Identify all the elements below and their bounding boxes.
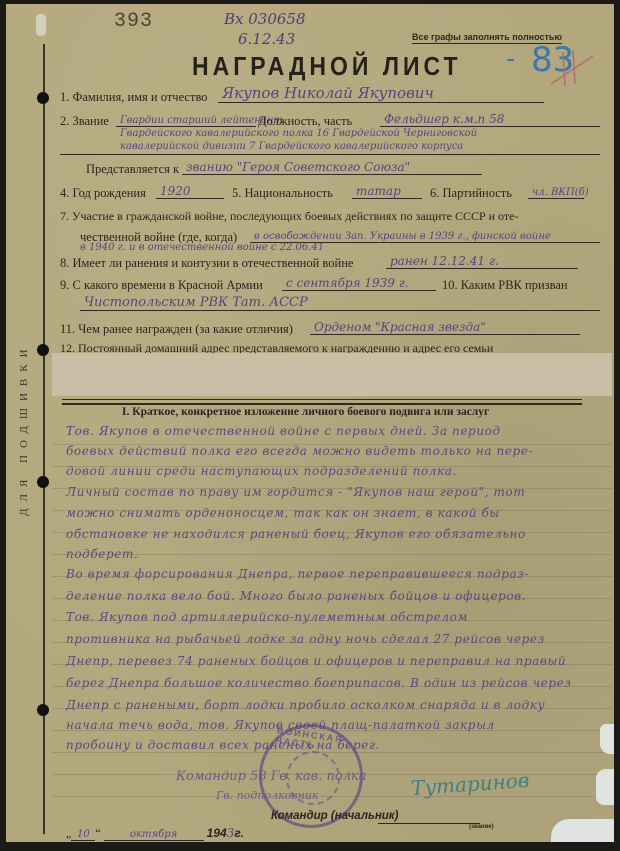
field-1-value: Якупов Николай Якупович xyxy=(218,88,544,103)
field-2-position-label: Должность, часть xyxy=(258,114,352,129)
field-9-label: 9. С какого времени в Красной Армии xyxy=(60,278,263,293)
divider-line xyxy=(62,403,582,405)
date-day: 10 xyxy=(71,829,95,841)
commander-rank: Гв. подполковник xyxy=(216,789,319,802)
field-7-value: в освобождении Зап. Украины в 1939 г., ф… xyxy=(250,228,600,243)
signature-line xyxy=(378,823,480,824)
narrative-line: подберет. xyxy=(66,547,138,561)
field-10-label: 10. Каким РВК призван xyxy=(442,278,568,293)
incoming-date: 6.12.43 xyxy=(238,30,295,48)
narrative-line: деление полка вело бой. Много было ранен… xyxy=(66,589,526,603)
commander-unit: Командир 58 Гв. кав. полка xyxy=(176,769,367,784)
incoming-reference: Вх 030658 xyxy=(224,10,306,28)
field-1-label: 1. Фамилия, имя и отчество xyxy=(60,90,208,105)
award-sheet: ДЛЯ ПОДШИВКИ 393 Вх 030658 6.12.43 Все г… xyxy=(6,4,614,842)
field-8-value: ранен 12.12.41 г. xyxy=(386,254,578,269)
punch-hole xyxy=(37,92,49,104)
narrative-line: Тов. Якупов под артиллерийско-пулеметным… xyxy=(66,610,468,624)
field-2-unit-line-3: кавалерийской дивизии 7 Гвардейского кав… xyxy=(120,141,463,152)
narrative-line: довой линии среди наступающих подразделе… xyxy=(66,464,457,478)
date-year-g: г. xyxy=(234,826,244,840)
date-year-prefix: 194 xyxy=(207,826,227,840)
field-2-position-value: Фельдшер к.м.п 58 xyxy=(380,112,600,127)
torn-edge xyxy=(600,724,614,754)
narrative-line: можно снимать орденоносцем, так как он з… xyxy=(66,506,500,520)
commander-label: Командир (начальник) xyxy=(271,810,398,822)
divider-line xyxy=(62,399,582,400)
punch-hole xyxy=(37,344,49,356)
punch-hole xyxy=(37,704,49,716)
torn-edge xyxy=(36,14,46,36)
narrative-line: обстановке не находился раненый боец, Як… xyxy=(66,527,526,541)
punch-hole xyxy=(37,476,49,488)
field-7-value-cont: в 1940 г. и в отечественной войне с 22.0… xyxy=(80,242,324,253)
narrative-line: берег Днепра большое количество боеприпа… xyxy=(66,676,572,690)
field-6-label: 6. Партийность xyxy=(430,186,512,201)
document-title: НАГРАДНОЙ ЛИСТ xyxy=(192,51,462,81)
field-4-value: 1920 xyxy=(156,184,224,199)
archive-number: 393 xyxy=(114,10,153,33)
field-2-label: 2. Звание xyxy=(60,114,109,129)
field-4-label: 4. Год рождения xyxy=(60,186,146,201)
field-5-value: татар xyxy=(352,184,422,199)
field-2-unit-line-2: Гвардейского кавалерийского полка 16 Гва… xyxy=(120,128,477,139)
presented-value: званию "Героя Советского Союза" xyxy=(182,160,482,175)
narrative-line: боевых действий полка его всегда можно в… xyxy=(66,444,533,458)
date-month: октября xyxy=(104,829,204,841)
torn-edge xyxy=(596,769,614,805)
field-6-value: чл. ВКП(б) xyxy=(528,184,584,199)
narrative-line: Тов. Якупов в отечественной войне с перв… xyxy=(66,424,501,438)
strikethrough-mark-icon xyxy=(551,46,593,88)
binding-margin-label: ДЛЯ ПОДШИВКИ xyxy=(18,304,38,554)
narrative-line: Личный состав по праву им гордится - "Як… xyxy=(66,485,525,499)
section-heading: I. Краткое, конкретное изложение личного… xyxy=(122,406,489,418)
narrative-line: противника на рыбачьей лодке за одну ноч… xyxy=(66,632,545,646)
narrative-line: Днепр с ранеными, борт лодки пробило оск… xyxy=(66,698,545,712)
field-8-label: 8. Имеет ли ранения и контузии в отечест… xyxy=(60,256,353,271)
field-9-value: с сентября 1939 г. xyxy=(282,276,436,291)
field-11-label: 11. Чем ранее награжден (за какие отличи… xyxy=(60,322,293,337)
field-11-value: Орденом "Красная звезда" xyxy=(310,320,580,335)
field-10-value: Чистопольским РВК Тат. АССР xyxy=(80,296,600,311)
rank-label: (звание) xyxy=(469,824,494,830)
narrative-line: Во время форсирования Днепра, первое пер… xyxy=(66,567,529,581)
field-2-rule xyxy=(60,154,600,155)
narrative-line: Днепр, перевез 74 раненых бойцов и офице… xyxy=(66,654,566,668)
field-2-value: Гвардии старший лейтенант xyxy=(116,112,256,127)
torn-edge xyxy=(551,819,614,842)
presented-label: Представляется к xyxy=(86,162,179,177)
pen-number-dash: - xyxy=(506,44,515,74)
field-7-label: 7. Участие в гражданской войне, последую… xyxy=(60,209,518,224)
redacted-address xyxy=(52,353,612,396)
field-5-label: 5. Национальность xyxy=(232,186,333,201)
date-row: „10“ октября 1943г. xyxy=(66,826,244,841)
